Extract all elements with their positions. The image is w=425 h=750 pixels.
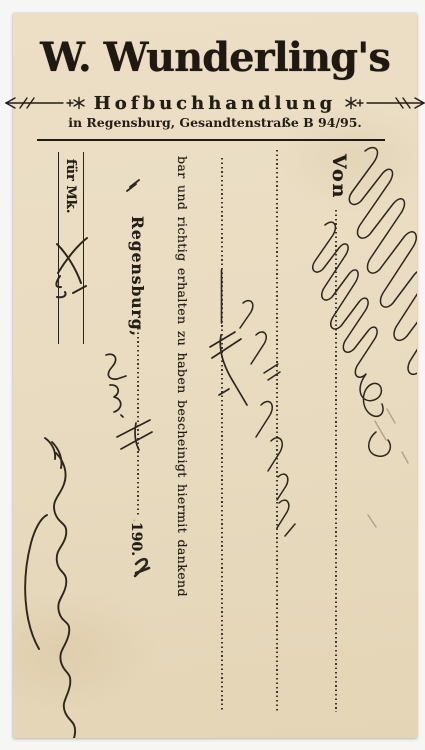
- amount-column-line-right: [83, 152, 84, 344]
- place-label: Regensburg,: [125, 216, 149, 337]
- amount-label: für Mk.: [59, 159, 82, 213]
- header-rule: [37, 139, 385, 141]
- handwriting-year-digit: [135, 559, 149, 576]
- shop-title: W. Wunderling's: [13, 33, 417, 83]
- from-label: Von: [325, 154, 353, 199]
- date-fill-in-rule: [137, 328, 139, 515]
- handwriting-ditto-mark: [127, 180, 139, 191]
- fill-in-rule-2: [276, 150, 278, 712]
- arrow-ornament-right-icon: [345, 96, 425, 110]
- signature-handwriting: [25, 438, 75, 738]
- faint-pencil-marks: [368, 409, 408, 527]
- scan-background: W. Wunderling's Hofbuchhandlung: [0, 0, 425, 750]
- fill-in-rule-3: [221, 158, 223, 712]
- shop-address: in Regensburg, Gesandtenstraße B 94/95.: [13, 114, 417, 131]
- handwriting-amount-words-mark: [210, 332, 247, 405]
- year-prefix: 190.: [123, 522, 149, 556]
- arrow-ornament-left-icon: [5, 96, 85, 110]
- receipt-paper: W. Wunderling's Hofbuchhandlung: [13, 13, 417, 738]
- handwriting-recipient-line-1: [349, 148, 417, 433]
- handwriting-recipient-line-3: [240, 301, 295, 536]
- subtitle-row: Hofbuchhandlung: [13, 92, 417, 114]
- shop-subtitle: Hofbuchhandlung: [94, 93, 337, 114]
- handwriting-date-day: [106, 354, 126, 417]
- receipt-statement: bar und richtig erhalten zu haben besche…: [171, 156, 193, 597]
- handwriting-recipient-line-2: [313, 222, 391, 456]
- fill-in-rule-1: [335, 210, 337, 712]
- handwriting-date-month: [117, 420, 152, 450]
